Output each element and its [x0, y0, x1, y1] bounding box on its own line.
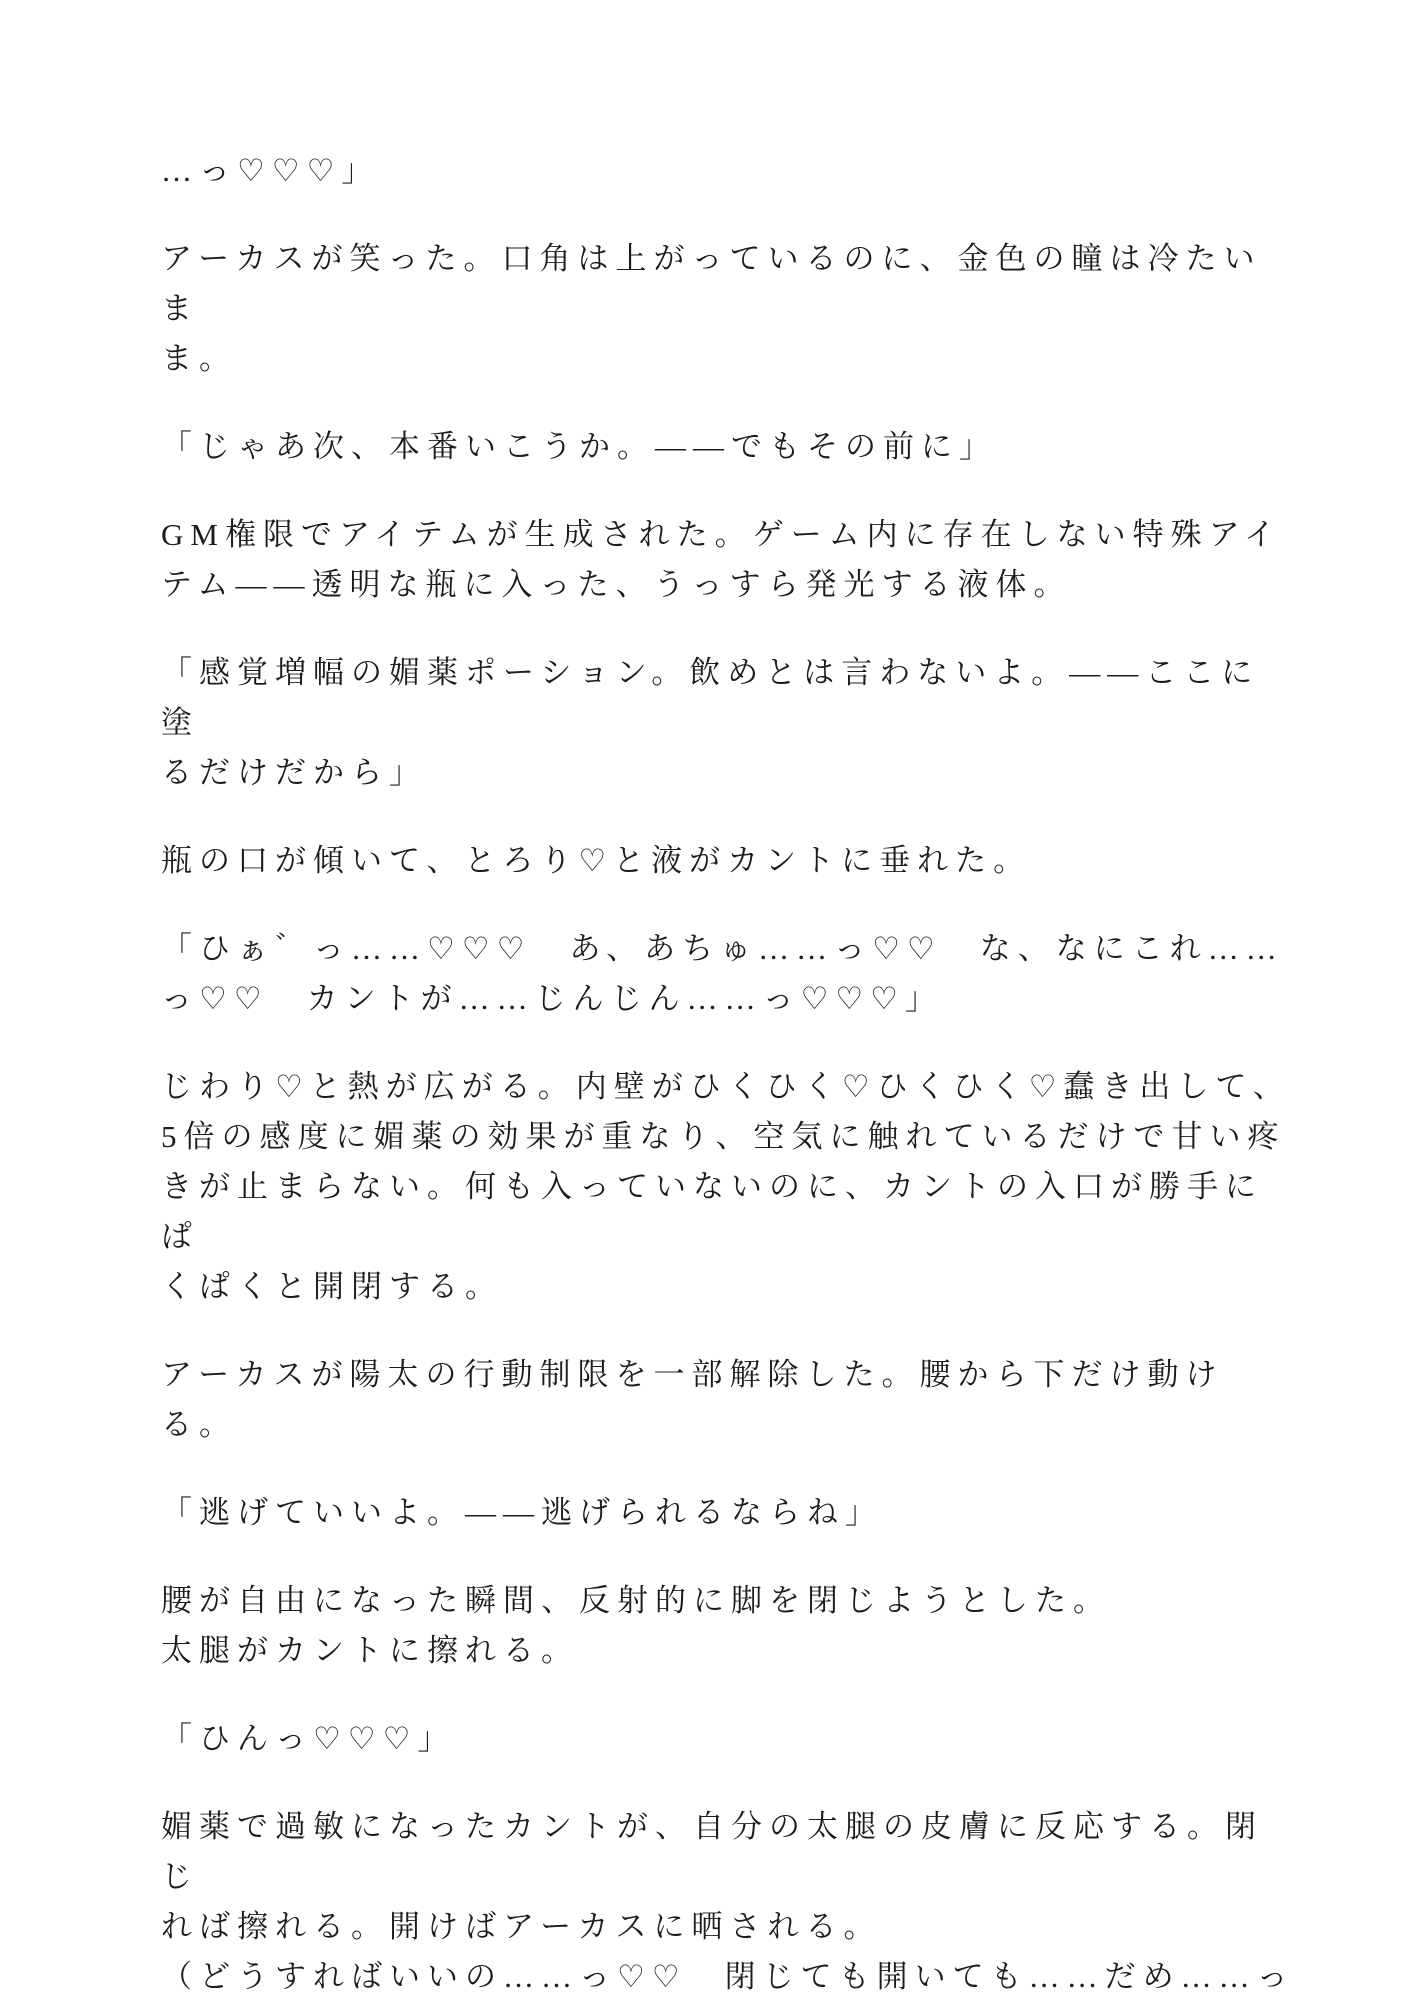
paragraph-13: 媚薬で過敏になったカントが、自分の太腿の皮膚に反応する。閉じ れば擦れる。開けば…: [161, 1802, 1295, 2000]
paragraph-02: アーカスが笑った。口角は上がっているのに、金色の瞳は冷たいま ま。: [161, 234, 1295, 384]
paragraph-04: GM権限でアイテムが生成された。ゲーム内に存在しない特殊アイ テム――透明な瓶に…: [161, 510, 1295, 610]
paragraph-06: 瓶の口が傾いて、とろり♡と液がカントに垂れた。: [161, 836, 1295, 886]
paragraph-01: …っ♡♡♡」: [161, 146, 1295, 196]
paragraph-12: 「ひんっ♡♡♡」: [161, 1714, 1295, 1764]
paragraph-05: 「感覚増幅の媚薬ポーション。飲めとは言わないよ。――ここに塗 るだけだから」: [161, 648, 1295, 798]
page: …っ♡♡♡」 アーカスが笑った。口角は上がっているのに、金色の瞳は冷たいま ま。…: [0, 0, 1415, 2000]
paragraph-09: アーカスが陽太の行動制限を一部解除した。腰から下だけ動ける。: [161, 1350, 1295, 1450]
paragraph-07: 「ひぁ゛っ……♡♡♡ あ、あちゅ……っ♡♡ な、なにこれ…… っ♡♡ カントが……: [161, 924, 1295, 1024]
paragraph-08: じわり♡と熱が広がる。内壁がひくひく♡ひくひく♡蠢き出して、 5倍の感度に媚薬の…: [161, 1062, 1295, 1312]
paragraph-10: 「逃げていいよ。――逃げられるならね」: [161, 1488, 1295, 1538]
paragraph-11: 腰が自由になった瞬間、反射的に脚を閉じようとした。 太腿がカントに擦れる。: [161, 1576, 1295, 1676]
paragraph-03: 「じゃあ次、本番いこうか。――でもその前に」: [161, 422, 1295, 472]
